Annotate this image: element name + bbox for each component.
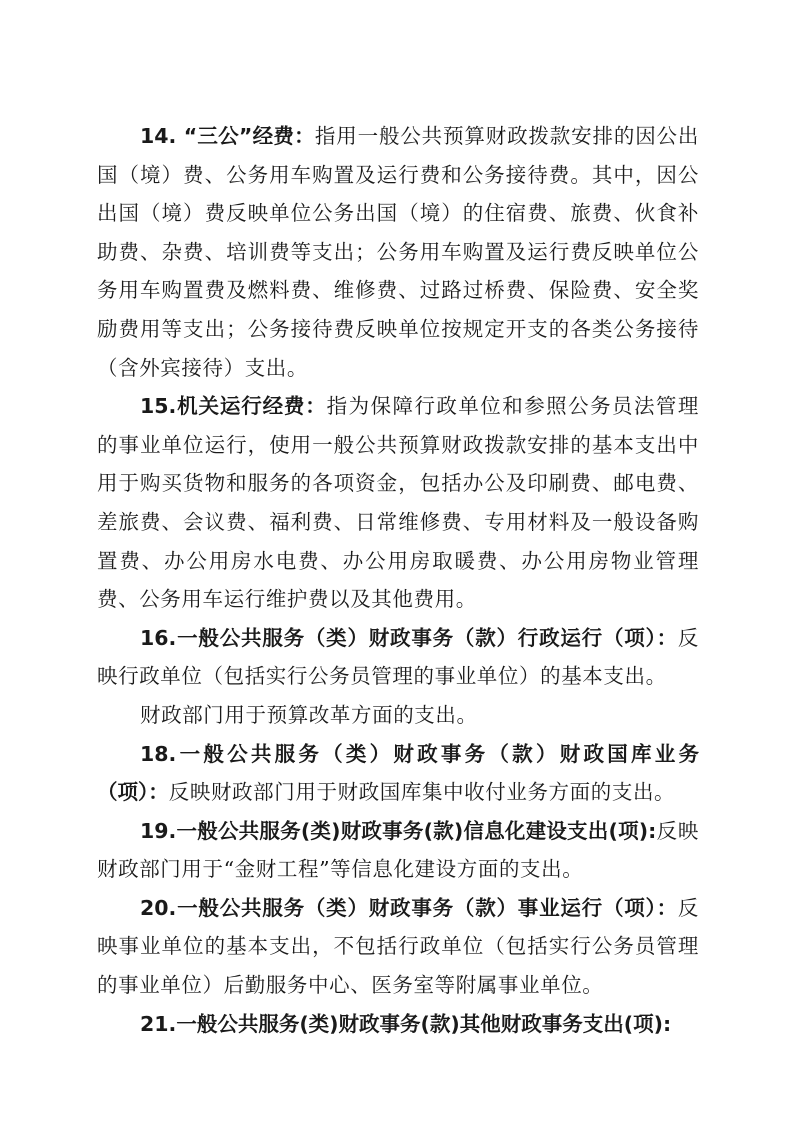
paragraph-heading: 14. “三公”经费：: [140, 124, 315, 148]
document-page: 14. “三公”经费：指用一般公共预算财政拨款安排的因公出国（境）费、公务用车购…: [97, 117, 699, 1043]
paragraph-15-agency-operating-expenses: 15.机关运行经费：指为保障行政单位和参照公务员法管理的事业单位运行，使用一般公…: [97, 387, 699, 619]
paragraph-14-three-public-expenses: 14. “三公”经费：指用一般公共预算财政拨款安排的因公出国（境）费、公务用车购…: [97, 117, 699, 387]
paragraph-body: 指用一般公共预算财政拨款安排的因公出国（境）费、公务用车购置及运行费和公务接待费…: [97, 124, 699, 380]
paragraph-heading: 21.一般公共服务(类)财政事务(款)其他财政事务支出(项):: [140, 1012, 671, 1036]
paragraph-body: 财政部门用于预算改革方面的支出。: [140, 703, 478, 727]
paragraph-body: 反映财政部门用于财政国库集中收付业务方面的支出。: [169, 780, 675, 804]
paragraph-18-treasury-business: 18.一般公共服务（类）财政事务（款）财政国库业务（项）：反映财政部门用于财政国…: [97, 735, 699, 812]
paragraph-21-other-fiscal-expenses: 21.一般公共服务(类)财政事务(款)其他财政事务支出(项):: [97, 1005, 699, 1044]
paragraph-heading: 20.一般公共服务（类）财政事务（款）事业运行（项）：: [140, 896, 678, 920]
paragraph-20-institution-operation: 20.一般公共服务（类）财政事务（款）事业运行（项）：反映事业单位的基本支出，不…: [97, 889, 699, 1005]
paragraph-19-informatization: 19.一般公共服务(类)财政事务(款)信息化建设支出(项):反映财政部门用于“金…: [97, 812, 699, 889]
paragraph-heading: 19.一般公共服务(类)财政事务(款)信息化建设支出(项):: [140, 819, 656, 843]
paragraph-heading: 16.一般公共服务（类）财政事务（款）行政运行（项）：: [140, 626, 678, 650]
paragraph-body: 指为保障行政单位和参照公务员法管理的事业单位运行，使用一般公共预算财政拨款安排的…: [97, 394, 699, 611]
paragraph-heading: 15.机关运行经费：: [140, 394, 327, 418]
paragraph-budget-reform: 财政部门用于预算改革方面的支出。: [97, 696, 699, 735]
paragraph-16-administrative-operation: 16.一般公共服务（类）财政事务（款）行政运行（项）：反映行政单位（包括实行公务…: [97, 619, 699, 696]
